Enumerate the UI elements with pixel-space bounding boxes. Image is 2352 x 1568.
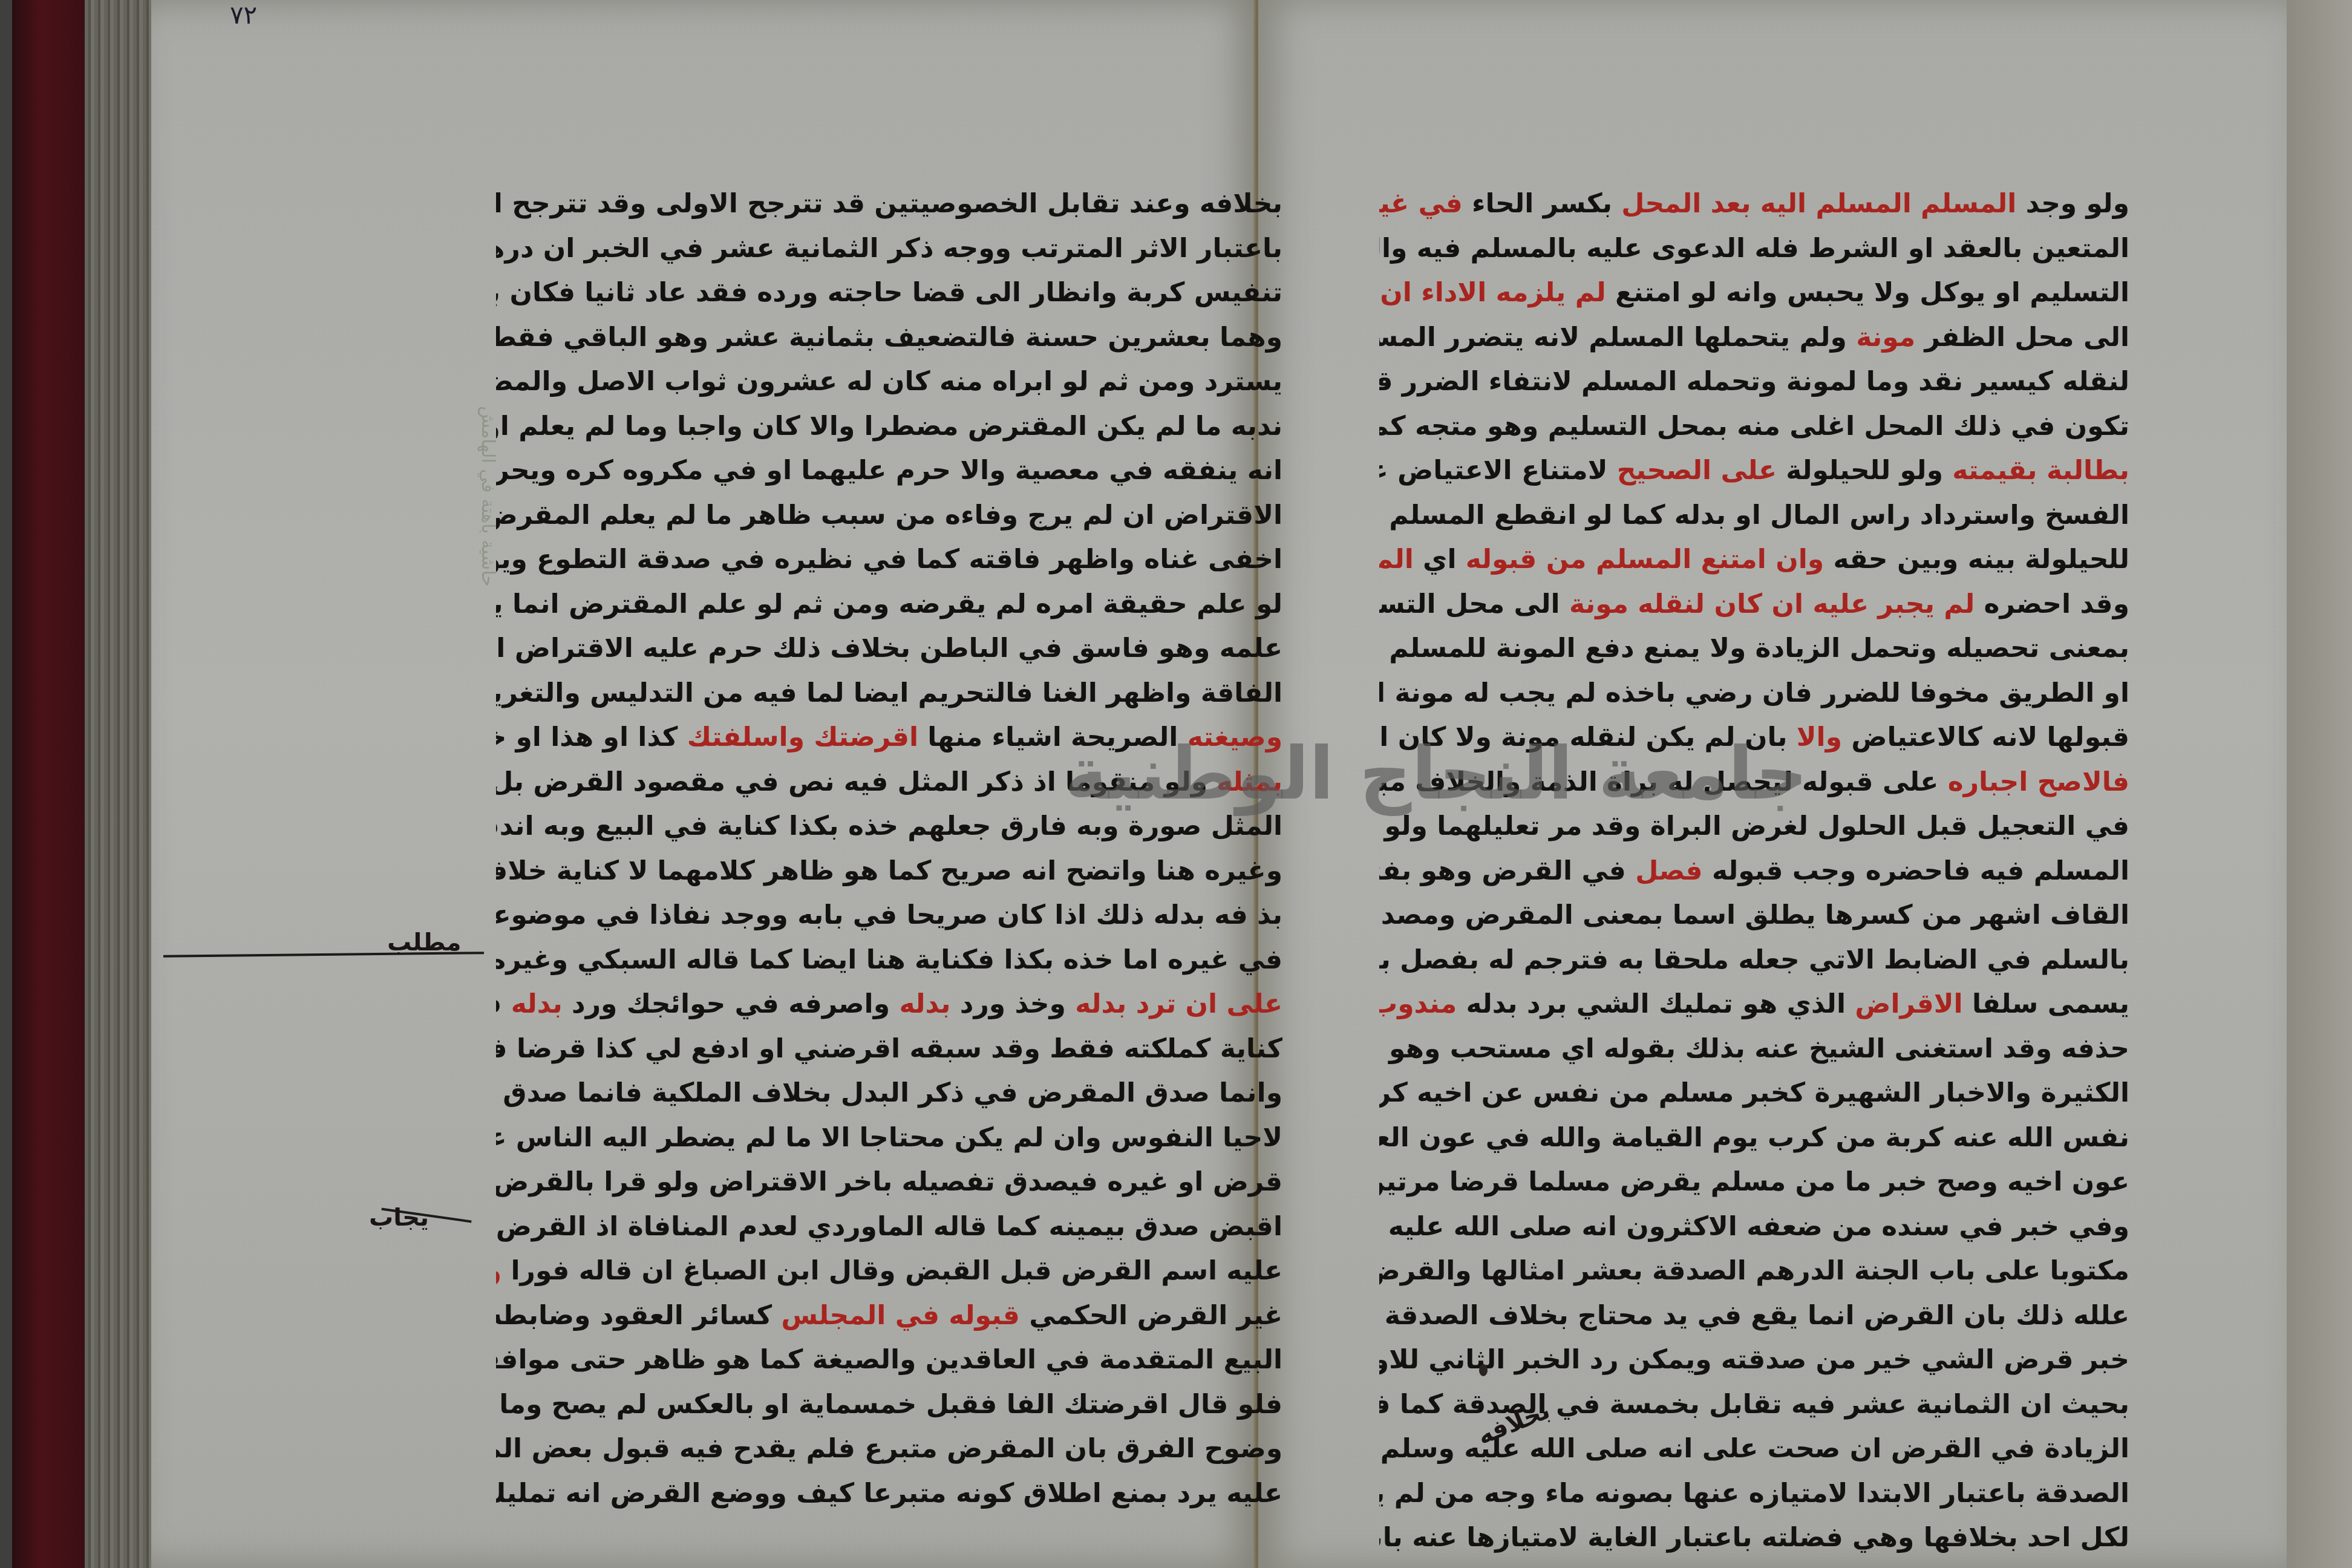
manuscript-line: قرض او غيره فيصدق تفصيله باخر الاقتراض و… bbox=[496, 1160, 1282, 1204]
manuscript-line: نفس الله عنه كربة من كرب يوم القيامة وال… bbox=[1379, 1116, 2129, 1160]
manuscript-line: المتعين بالعقد او الشرط فله الدعوى عليه … bbox=[1379, 226, 2129, 271]
manuscript-line: باعتبار الاثر المترتب ووجه ذكر الثمانية … bbox=[496, 226, 1282, 271]
manuscript-line: ندبه ما لم يكن المقترض مضطرا والا كان وا… bbox=[496, 404, 1282, 449]
margin-note-yujab: يجاب bbox=[369, 1204, 429, 1232]
left-page-text: بخلافه وعند تقابل الخصوصيتين قد تترجح ال… bbox=[496, 181, 1282, 1515]
manuscript-line: بطالبة بقيمته ولو للحيلولة على الصحيح لا… bbox=[1379, 448, 2129, 493]
manuscript-line: وهما بعشرين حسنة فالتضعيف بثمانية عشر وه… bbox=[496, 315, 1282, 360]
manuscript-line: للحيلولة بينه وبين حقه وان امتنع المسلم … bbox=[1379, 537, 2129, 582]
manuscript-line: انه ينفقه في معصية والا حرم عليهما او في… bbox=[496, 448, 1282, 493]
page-edges bbox=[85, 0, 151, 1568]
right-page-text: ولو وجد المسلم المسلم اليه بعد المحل بكس… bbox=[1379, 181, 2129, 1560]
watermark: جامعة النجاح الوطنية bbox=[1065, 732, 1808, 816]
manuscript-line: البيع المتقدمة في العاقدين والصيغة كما ه… bbox=[496, 1338, 1282, 1382]
manuscript-line: غير القرض الحكمي قبوله في المجلس كسائر ا… bbox=[496, 1293, 1282, 1338]
book-cover-spine bbox=[12, 0, 85, 1568]
manuscript-line: في غيره اما خذه بكذا فكناية هنا ايضا كما… bbox=[496, 938, 1282, 982]
manuscript-line: الصدقة باعتبار الابتدا لامتيازه عنها بصو… bbox=[1379, 1471, 2129, 1516]
manuscript-line: بذ فه بدله ذلك اذا كان صريحا في بابه ووج… bbox=[496, 893, 1282, 938]
margin-note-matlab: مطلب bbox=[387, 929, 461, 956]
faded-margin-gloss: حاشية باهتة في الهامش bbox=[430, 302, 502, 587]
manuscript-line: حذفه وقد استغنى الشيخ عنه بذلك بقوله اي … bbox=[1379, 1027, 2129, 1071]
manuscript-line: عليه اسم القرض قبل القبض وقال ابن الصباغ… bbox=[496, 1249, 1282, 1293]
manuscript-line: او الطريق مخوفا للضرر فان رضي باخذه لم ي… bbox=[1379, 671, 2129, 716]
manuscript-line: عليه يرد بمنع اطلاق كونه متبرعا كيف ووضع… bbox=[496, 1471, 1282, 1516]
manuscript-line: خبر قرض الشي خير من صدقته ويمكن رد الخبر… bbox=[1379, 1338, 2129, 1382]
manuscript-line: لكل احد بخلافها وهي فضلته باعتبار الغاية… bbox=[1379, 1515, 2129, 1560]
manuscript-line: الكثيرة والاخبار الشهيرة كخبر مسلم من نف… bbox=[1379, 1071, 2129, 1116]
manuscript-line: وقد احضره لم يجبر عليه ان كان لنقله مونة… bbox=[1379, 582, 2129, 627]
manuscript-line: وانما صدق المقرض في ذكر البدل بخلاف المل… bbox=[496, 1071, 1282, 1116]
manuscript-line: ولو وجد المسلم المسلم اليه بعد المحل بكس… bbox=[1379, 181, 2129, 226]
manuscript-line: مكتوبا على باب الجنة الدرهم الصدقة بعشر … bbox=[1379, 1249, 2129, 1293]
manuscript-line: وضوح الفرق بان المقرض متبرع فلم يقدح فيه… bbox=[496, 1426, 1282, 1471]
manuscript-line: لنقله كيسير نقد وما لمونة وتحمله المسلم … bbox=[1379, 359, 2129, 404]
manuscript-line: وغيره هنا واتضح انه صريح كما هو ظاهر كلا… bbox=[496, 849, 1282, 893]
manuscript-line: تنفيس كربة وانظار الى قضا حاجته ورده فقد… bbox=[496, 270, 1282, 315]
manuscript-line: علمه وهو فاسق في الباطن بخلاف ذلك حرم عل… bbox=[496, 626, 1282, 671]
manuscript-line: على ان ترد بدله وخذ ورد بدله واصرفه في ح… bbox=[496, 982, 1282, 1027]
manuscript-line: يسمى سلفا الاقراض الذي هو تمليك الشي برد… bbox=[1379, 982, 2129, 1027]
ink-dot bbox=[1479, 1364, 1488, 1376]
manuscript-line: عون اخيه وصح خبر ما من مسلم يقرض مسلما ق… bbox=[1379, 1160, 2129, 1204]
manuscript-line: بالسلم في الضابط الاتي جعله ملحقا به فتر… bbox=[1379, 938, 2129, 982]
manuscript-line: القاف اشهر من كسرها يطلق اسما بمعنى المق… bbox=[1379, 893, 2129, 938]
manuscript-line: يسترد ومن ثم لو ابراه منه كان له عشرون ث… bbox=[496, 359, 1282, 404]
manuscript-line: الفاقة واظهر الغنا فالتحريم ايضا لما فيه… bbox=[496, 671, 1282, 716]
manuscript-line: بمعنى تحصيله وتحمل الزيادة ولا يمنع دفع … bbox=[1379, 626, 2129, 671]
folio-number: ٧٢ bbox=[230, 0, 257, 30]
manuscript-line: اقبض صدق بيمينه كما قاله الماوردي لعدم ا… bbox=[496, 1204, 1282, 1249]
manuscript-line: التسليم او يوكل ولا يحبس وانه لو امتنع ل… bbox=[1379, 270, 2129, 315]
manuscript-line: بخلافه وعند تقابل الخصوصيتين قد تترجح ال… bbox=[496, 181, 1282, 226]
manuscript-line: الفسخ واسترداد راس المال او بدله كما لو … bbox=[1379, 493, 2129, 538]
manuscript-line: الى محل الظفر مونة ولم يتحملها المسلم لا… bbox=[1379, 315, 2129, 360]
manuscript-line: كناية كملكته فقط وقد سبقه اقرضني او ادفع… bbox=[496, 1027, 1282, 1071]
manuscript-line: فلو قال اقرضتك الفا فقبل خمسماية او بالع… bbox=[496, 1382, 1282, 1427]
manuscript-line: علله ذلك بان القرض انما يقع في يد محتاج … bbox=[1379, 1293, 2129, 1338]
manuscript-line: تكون في ذلك المحل اغلى منه بمحل التسليم … bbox=[1379, 404, 2129, 449]
manuscript-line: الاقتراض ان لم يرج وفاءه من سبب ظاهر ما … bbox=[496, 493, 1282, 538]
manuscript-line: وفي خبر في سنده من ضعفه الاكثرون انه صلى… bbox=[1379, 1204, 2129, 1249]
right-book-edge bbox=[2287, 0, 2352, 1568]
manuscript-line: اخفى غناه واظهر فاقته كما في نظيره في صد… bbox=[496, 537, 1282, 582]
manuscript-line: المسلم فيه فاحضره وجب قبوله فصل في القرض… bbox=[1379, 849, 2129, 893]
manuscript-line: لاحيا النفوس وان لم يكن محتاجا الا ما لم… bbox=[496, 1116, 1282, 1160]
manuscript-line: لو علم حقيقة امره لم يقرضه ومن ثم لو علم… bbox=[496, 582, 1282, 627]
